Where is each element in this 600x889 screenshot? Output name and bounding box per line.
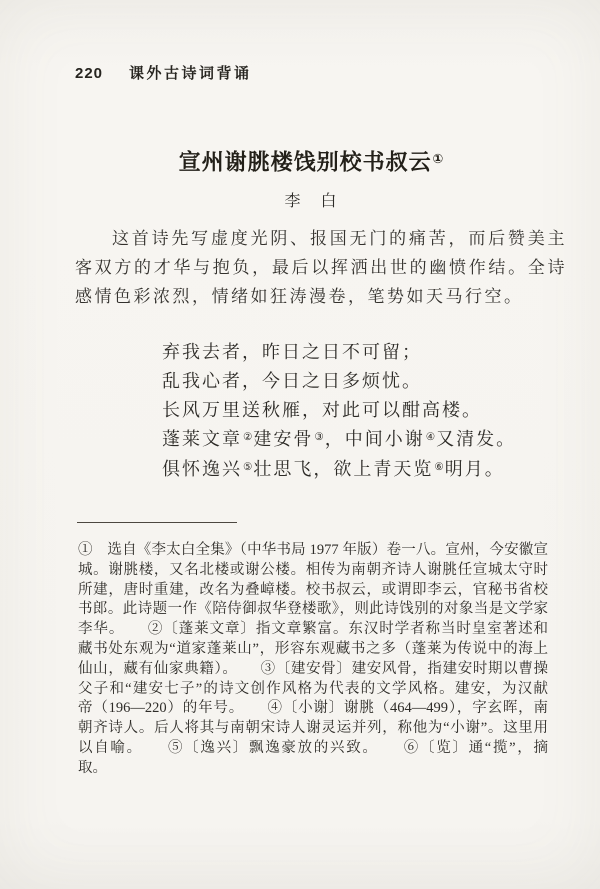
page-number: 220 xyxy=(75,64,103,84)
running-header: 220课外古诗词背诵 xyxy=(75,64,252,84)
footnote-line: ① 选自《李太白全集》（中华书局 1977 年版）卷一八。宣州，今安徽宣 xyxy=(78,541,548,561)
intro-line: 这首诗先写虚度光阴、报国无门的痛苦，而后赞美主 xyxy=(75,224,567,253)
footnote-separator-rule xyxy=(77,522,237,523)
verse-line: 长风万里送秋雁，对此可以酣高楼。 xyxy=(162,396,516,425)
poem-introduction: 这首诗先写虚度光阴、报国无门的痛苦，而后赞美主 客双方的才华与抱负，最后以挥洒出… xyxy=(75,224,567,311)
footnote-line: 以自喻。 ⑤〔逸兴〕飘逸豪放的兴致。 ⑥〔览〕通“揽”，摘 xyxy=(78,739,548,759)
footnote-line: 仙山，藏有仙家典籍）。 ③〔建安骨〕建安风骨，指建安时期以曹操 xyxy=(78,660,548,680)
footnote-line: 父子和“建安七子”的诗文创作风格为代表的文学风格。建安，为汉献 xyxy=(78,680,548,700)
verse-line: 蓬莱文章②建安骨③，中间小谢④又清发。 xyxy=(162,424,516,454)
footnote-line: 取。 xyxy=(78,759,548,779)
footnote-line: 藏书处东观为“道家蓬莱山”，形容东观藏书之多（蓬莱为传说中的海上 xyxy=(78,640,548,660)
footnote-line: 帝（196—220）的年号。 ④〔小谢〕谢朓（464—499），字玄晖，南 xyxy=(78,699,548,719)
footnote-ref-mark: ③ xyxy=(314,432,323,443)
poem-verse: 弃我去者，昨日之日不可留； 乱我心者，今日之日多烦忧。 长风万里送秋雁，对此可以… xyxy=(162,338,516,484)
footnote-line: 李华。 ②〔蓬莱文章〕指文章繁富。东汉时学者称当时皇室著述和 xyxy=(78,620,548,640)
footnote-ref-mark: ② xyxy=(243,432,252,443)
footnote-ref-mark: ⑥ xyxy=(434,462,443,473)
footnote-ref-mark: ④ xyxy=(426,432,435,443)
book-title: 课外古诗词背诵 xyxy=(129,64,252,84)
poem-title: 宣州谢朓楼饯别校书叔云① xyxy=(75,145,548,175)
footnote-ref-mark: ① xyxy=(433,151,444,166)
verse-line: 乱我心者，今日之日多烦忧。 xyxy=(162,367,516,396)
footnote-line: 书郎。此诗题一作《陪侍御叔华登楼歌》，则此诗饯别的对象当是文学家 xyxy=(78,600,548,620)
intro-line: 感情色彩浓烈，情绪如狂涛漫卷，笔势如天马行空。 xyxy=(75,282,567,311)
footnote-line: 城。谢朓楼，又名北楼或谢公楼。相传为南朝齐诗人谢朓任宣城太守时 xyxy=(78,561,548,581)
footnote-line: 所建，唐时重建，改名为叠嶂楼。校书叔云，或谓即李云，官秘书省校 xyxy=(78,581,548,601)
footnote-line: 朝齐诗人。后人将其与南朝宋诗人谢灵运并列，称他为“小谢”。这里用 xyxy=(78,719,548,739)
verse-line: 弃我去者，昨日之日不可留； xyxy=(162,338,516,367)
footnotes-block: ① 选自《李太白全集》（中华书局 1977 年版）卷一八。宣州，今安徽宣 城。谢… xyxy=(78,541,548,779)
poem-author: 李 白 xyxy=(75,191,548,213)
verse-line: 俱怀逸兴⑤壮思飞，欲上青天览⑥明月。 xyxy=(162,454,516,484)
scanned-book-page: 220课外古诗词背诵 宣州谢朓楼饯别校书叔云① 李 白 这首诗先写虚度光阴、报国… xyxy=(0,0,600,889)
intro-line: 客双方的才华与抱负，最后以挥洒出世的幽愤作结。全诗 xyxy=(75,253,567,282)
footnote-ref-mark: ⑤ xyxy=(243,462,252,473)
